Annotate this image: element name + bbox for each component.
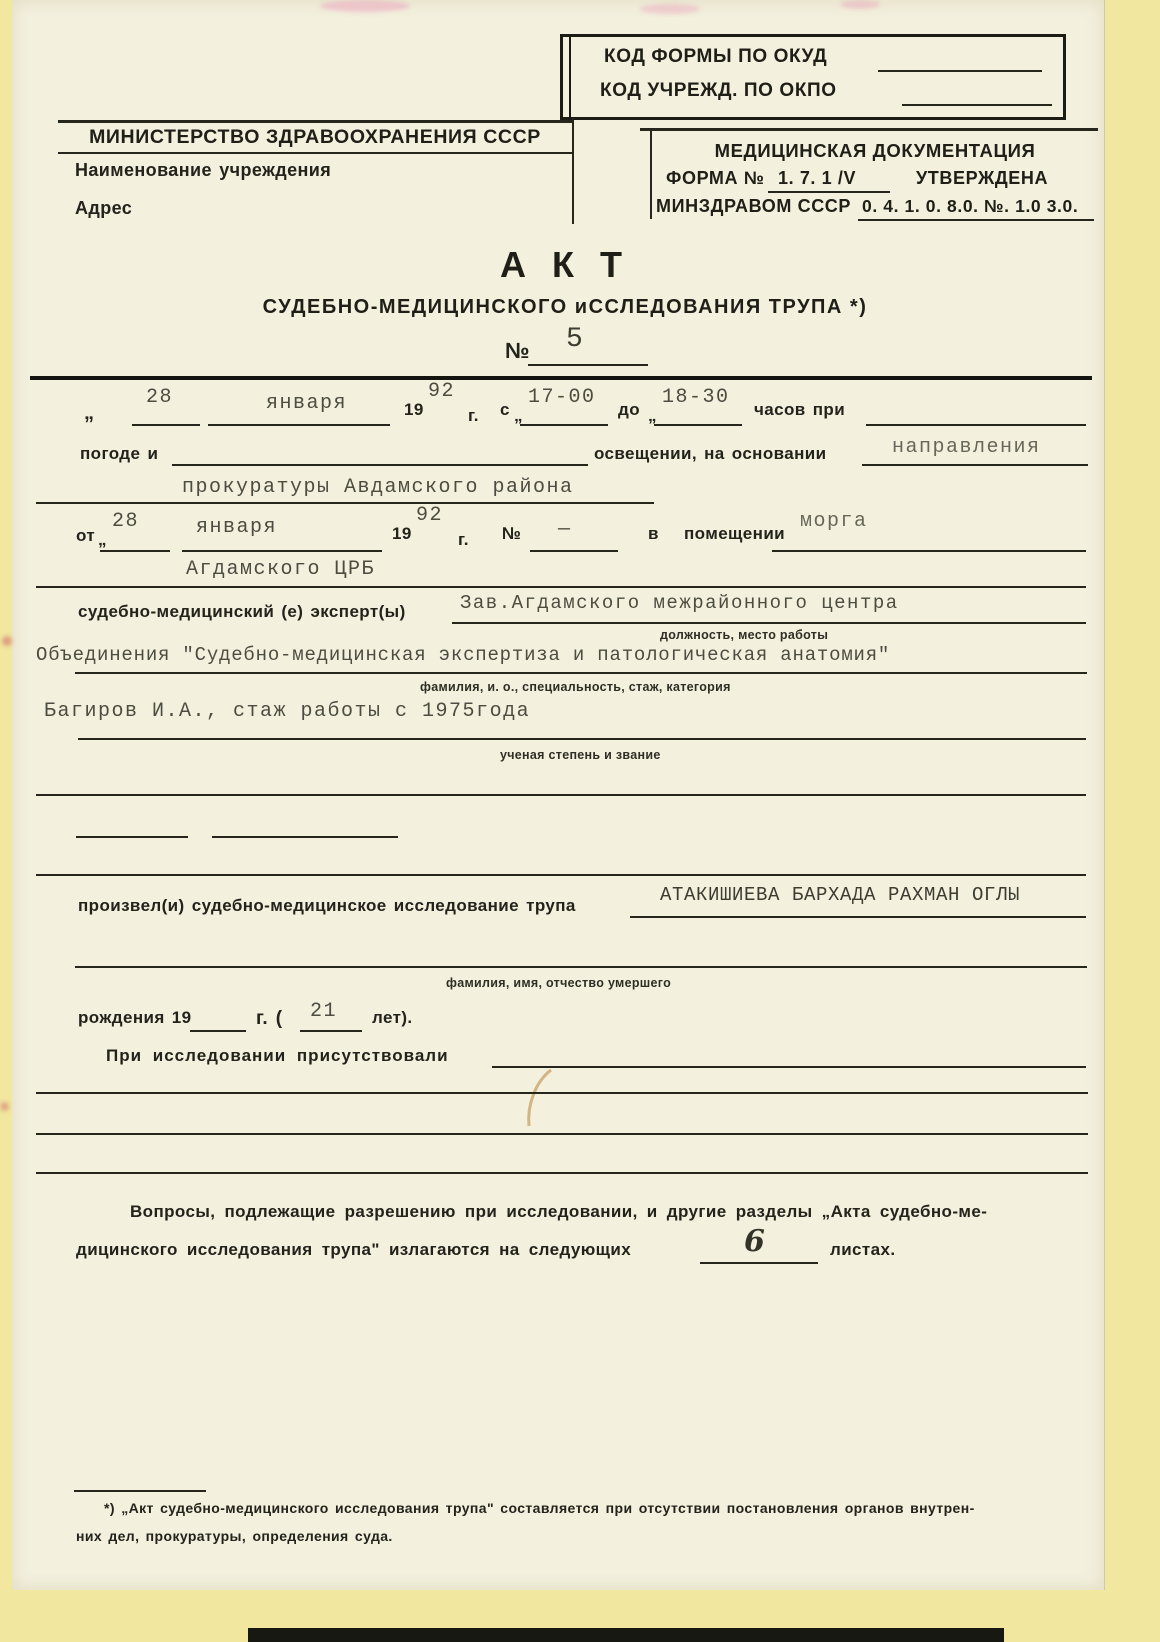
code-okud-label: КОД ФОРМЫ ПО ОКУД — [604, 46, 827, 68]
basis-blank — [862, 464, 1088, 466]
act-number-value: 5 — [566, 324, 584, 355]
ministry-rule-bottom — [58, 152, 572, 154]
field-order-number-value: — — [558, 518, 572, 541]
field-day-blank — [132, 424, 200, 426]
expert-caption: должность, место работы — [660, 628, 828, 642]
field-basis-value-2: прокуратуры Авдамского района — [182, 476, 574, 499]
field-premises-value-2: Агдамского ЦРБ — [186, 558, 375, 581]
age-blank — [300, 1030, 362, 1032]
code-okud-blank — [878, 70, 1042, 72]
premises-blank-2 — [36, 586, 1086, 588]
expert-blank-2 — [75, 672, 1087, 674]
approved-code-underline — [858, 219, 1094, 221]
blank-line — [36, 1133, 1088, 1135]
present-blank — [492, 1066, 1086, 1068]
birth-year-blank — [190, 1030, 246, 1032]
header-divider-vertical — [572, 118, 574, 224]
act-title: А К Т — [0, 244, 1130, 286]
field-basis-value: направления — [892, 436, 1041, 459]
expert-blank — [452, 622, 1086, 624]
field-month2-value: января — [196, 516, 277, 539]
year-suffix: г. — [468, 406, 479, 426]
field-deceased-name-value: АТАКИШИЕВА БАРХАДА РАХМАН ОГЛЫ — [660, 884, 1020, 906]
weather-label: погоде и — [80, 444, 158, 464]
questions-paragraph-line2: дицинского исследования трупа" излагаютс… — [76, 1240, 631, 1260]
open-quote: „ — [98, 530, 107, 550]
scan-speckle — [0, 1102, 9, 1111]
scan-speckle — [2, 636, 12, 646]
act-number-label: № — [505, 338, 530, 364]
field-day-value: 28 — [146, 386, 173, 409]
performed-examination-label: произвел(и) судебно-медицинское исследов… — [78, 896, 576, 916]
order-number-blank — [530, 550, 618, 552]
premises-label: помещении — [684, 524, 785, 544]
basis-blank-2 — [36, 502, 654, 504]
field-time-to-blank — [654, 424, 742, 426]
in-label: в — [648, 524, 659, 544]
field-time-to-value: 18-30 — [662, 386, 730, 409]
open-quote: „ — [84, 402, 94, 425]
footnote-line1: *) „Акт судебно-медицинского исследовани… — [104, 1500, 975, 1516]
org-name-label: Наименование учреждения — [75, 160, 331, 181]
doc-block-rule-top — [640, 128, 1098, 131]
scanned-form-page: КОД ФОРМЫ ПО ОКУД КОД УЧРЕЖД. ПО ОКПО МИ… — [0, 0, 1160, 1642]
lighting-basis-label: освещении, на основании — [594, 444, 826, 464]
scan-speckle — [320, 0, 410, 12]
ministry-title: МИНИСТЕРСТВО ЗДРАВООХРАНЕНИЯ СССР — [58, 126, 572, 149]
approved-code-value: 0. 4. 1. 0. 8.0. №. 1.0 3.0. — [862, 196, 1078, 217]
field-day2-blank — [100, 550, 170, 552]
blank-line — [36, 1172, 1088, 1174]
sheets-count-blank — [700, 1262, 818, 1264]
footnote-rule — [74, 1490, 206, 1492]
age-suffix-label: лет). — [372, 1008, 413, 1028]
codes-box-inner-rule — [569, 37, 571, 117]
field-month-blank — [208, 424, 390, 426]
field-month2-blank — [182, 550, 382, 552]
ministry-rule-top — [58, 120, 572, 123]
doc-type-label: МЕДИЦИНСКАЯ ДОКУМЕНТАЦИЯ — [660, 140, 1090, 162]
field-premises-value: морга — [800, 510, 868, 533]
blank-line — [36, 874, 1086, 876]
pen-mark — [515, 1068, 565, 1128]
open-quote: „ — [514, 406, 523, 426]
deceased-name-caption: фамилия, имя, отчество умершего — [446, 976, 671, 990]
field-sheets-count-value: 6 — [744, 1224, 765, 1259]
field-year2-value: 92 — [416, 504, 443, 527]
blank-line-fragment — [76, 836, 188, 838]
hours-at-label: часов при — [754, 400, 845, 420]
from-label: с — [500, 400, 510, 420]
doc-block-vertical — [650, 131, 652, 219]
field-year-value: 92 — [428, 380, 455, 403]
footnote-line2: них дел, прокуратуры, определения суда. — [76, 1528, 393, 1544]
questions-paragraph-line1: Вопросы, подлежащие разрешению при иссле… — [130, 1202, 987, 1222]
year2-suffix: г. — [458, 530, 469, 550]
form-number-underline — [768, 191, 890, 193]
form-number-label: ФОРМА № — [666, 168, 764, 189]
weather-blank — [866, 424, 1086, 426]
field-time-from-blank — [520, 424, 608, 426]
approved-by-label: МИНЗДРАВОМ СССР — [656, 196, 851, 217]
form-number-value: 1. 7. 1 /V — [778, 168, 856, 189]
approved-label: УТВЕРЖДЕНА — [916, 168, 1048, 189]
year2-prefix: 19 — [392, 524, 412, 544]
present-label: При исследовании присутствовали — [106, 1046, 449, 1066]
expert-blank-3 — [78, 738, 1086, 740]
expert-label: судебно-медицинский (е) эксперт(ы) — [78, 602, 406, 622]
act-subtitle: СУДЕБНО-МЕДИЦИНСКОГО иССЛЕДОВАНИЯ ТРУПА … — [0, 296, 1130, 319]
scan-speckle — [840, 0, 880, 9]
deceased-name-blank — [630, 916, 1086, 918]
premises-blank — [772, 550, 1086, 552]
lighting-blank — [172, 464, 588, 466]
field-month-value: января — [266, 392, 347, 415]
scan-edge-artifact — [248, 1628, 1004, 1642]
act-number-blank — [528, 364, 648, 366]
field-day2-value: 28 — [112, 510, 139, 533]
blank-line-fragment — [212, 836, 398, 838]
expert-caption-3: ученая степень и звание — [500, 748, 661, 762]
blank-line — [36, 794, 1086, 796]
section-rule — [30, 376, 1092, 380]
field-age-value: 21 — [310, 1000, 337, 1023]
field-time-from-value: 17-00 — [528, 386, 596, 409]
field-expert-value-3: Багиров И.А., стаж работы с 1975года — [44, 700, 530, 723]
order-number-label: № — [502, 524, 521, 544]
deceased-name-blank-2 — [75, 966, 1087, 968]
scan-speckle — [640, 4, 700, 14]
to-label: до — [618, 400, 640, 420]
field-expert-value: Зав.Агдамского межрайонного центра — [460, 592, 899, 614]
blank-line — [36, 1092, 1088, 1094]
questions-paragraph-end: листах. — [830, 1240, 895, 1260]
from-date-label: от — [76, 526, 95, 546]
open-quote: „ — [648, 406, 657, 426]
birth-year-suffix: г. ( — [256, 1008, 283, 1030]
address-label: Адрес — [75, 198, 132, 219]
expert-caption-2: фамилия, и. о., специальность, стаж, кат… — [420, 680, 731, 694]
year-prefix: 19 — [404, 400, 424, 420]
code-okpo-label: КОД УЧРЕЖД. ПО ОКПО — [600, 80, 837, 102]
field-expert-value-2: Объединения "Судебно-медицинская эксперт… — [36, 644, 890, 666]
birth-year-label: рождения 19 — [78, 1008, 192, 1028]
code-okpo-blank — [902, 104, 1052, 106]
